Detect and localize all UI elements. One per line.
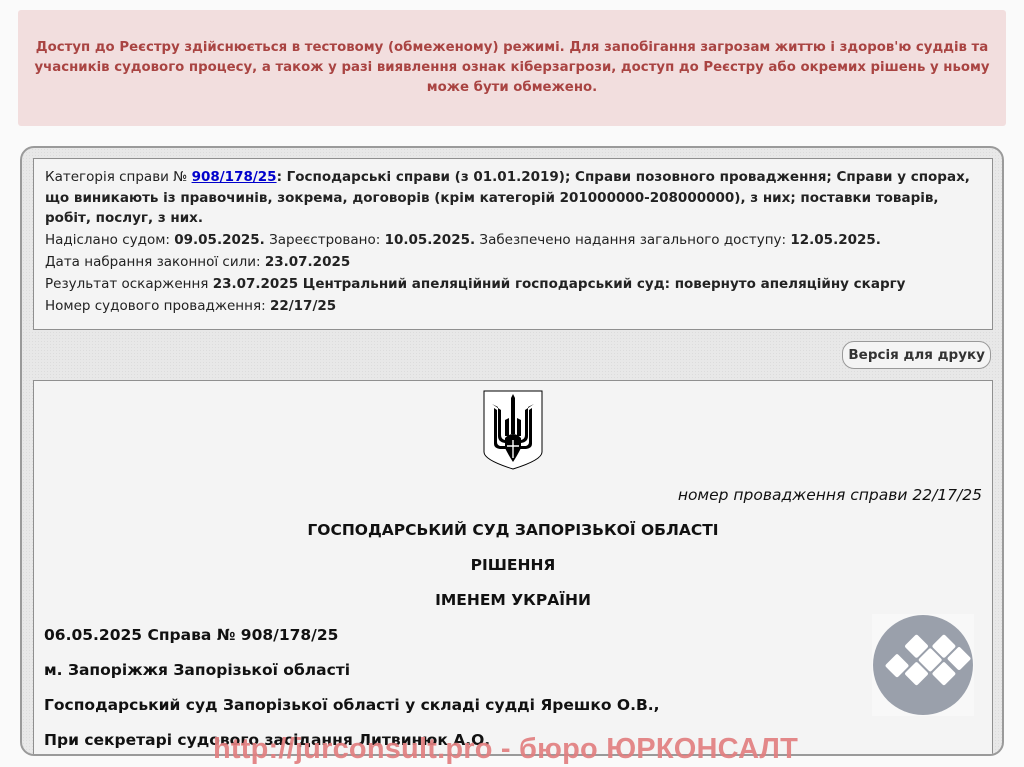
print-version-button[interactable]: Версія для друку	[842, 341, 991, 369]
access-date: 12.05.2025.	[790, 232, 881, 248]
decision-container: Категорія справи № 908/178/25: Господарс…	[20, 146, 1004, 756]
document-type-heading: РІШЕННЯ	[34, 556, 992, 574]
appeal-result: 23.07.2025 Центральний апеляційний госпо…	[213, 276, 906, 292]
in-the-name-heading: ІМЕНЕМ УКРАЇНИ	[34, 591, 992, 609]
proceeding-number: 22/17/25	[270, 298, 336, 314]
puzzle-cross-badge-icon[interactable]	[872, 614, 974, 716]
appeal-result-row: Результат оскарження 23.07.2025 Централь…	[45, 274, 981, 295]
alert-text: Доступ до Реєстру здійснюється в тестово…	[34, 38, 990, 98]
case-category: Категорія справи № 908/178/25: Господарс…	[45, 167, 981, 229]
trident-coat-of-arms-icon	[483, 390, 543, 470]
watermark-text: http://jurconsult.pro - бюро ЮРКОНСАЛТ	[213, 733, 798, 766]
effective-date: 23.07.2025	[265, 254, 350, 270]
proceeding-number-row: Номер судового провадження: 22/17/25	[45, 296, 981, 317]
date-and-case-number: 06.05.2025 Справа № 908/178/25	[44, 626, 338, 644]
case-number-link[interactable]: 908/178/25	[192, 169, 277, 185]
access-warning-alert: Доступ до Реєстру здійснюється в тестово…	[18, 10, 1006, 126]
effective-date-row: Дата набрання законної сили: 23.07.2025	[45, 252, 981, 273]
city-line: м. Запоріжжя Запорізької області	[44, 661, 350, 679]
case-dates: Надіслано судом: 09.05.2025. Зареєстрова…	[45, 230, 981, 251]
court-composition-line: Господарський суд Запорізької області у …	[44, 696, 660, 714]
decision-document: номер провадження справи 22/17/25 ГОСПОД…	[33, 380, 993, 756]
court-name-heading: ГОСПОДАРСЬКИЙ СУД ЗАПОРІЗЬКОЇ ОБЛАСТІ	[34, 521, 992, 539]
case-info-panel: Категорія справи № 908/178/25: Господарс…	[33, 158, 993, 330]
proceeding-number-heading: номер провадження справи 22/17/25	[678, 486, 982, 504]
sent-date: 09.05.2025.	[174, 232, 265, 248]
registered-date: 10.05.2025.	[385, 232, 476, 248]
